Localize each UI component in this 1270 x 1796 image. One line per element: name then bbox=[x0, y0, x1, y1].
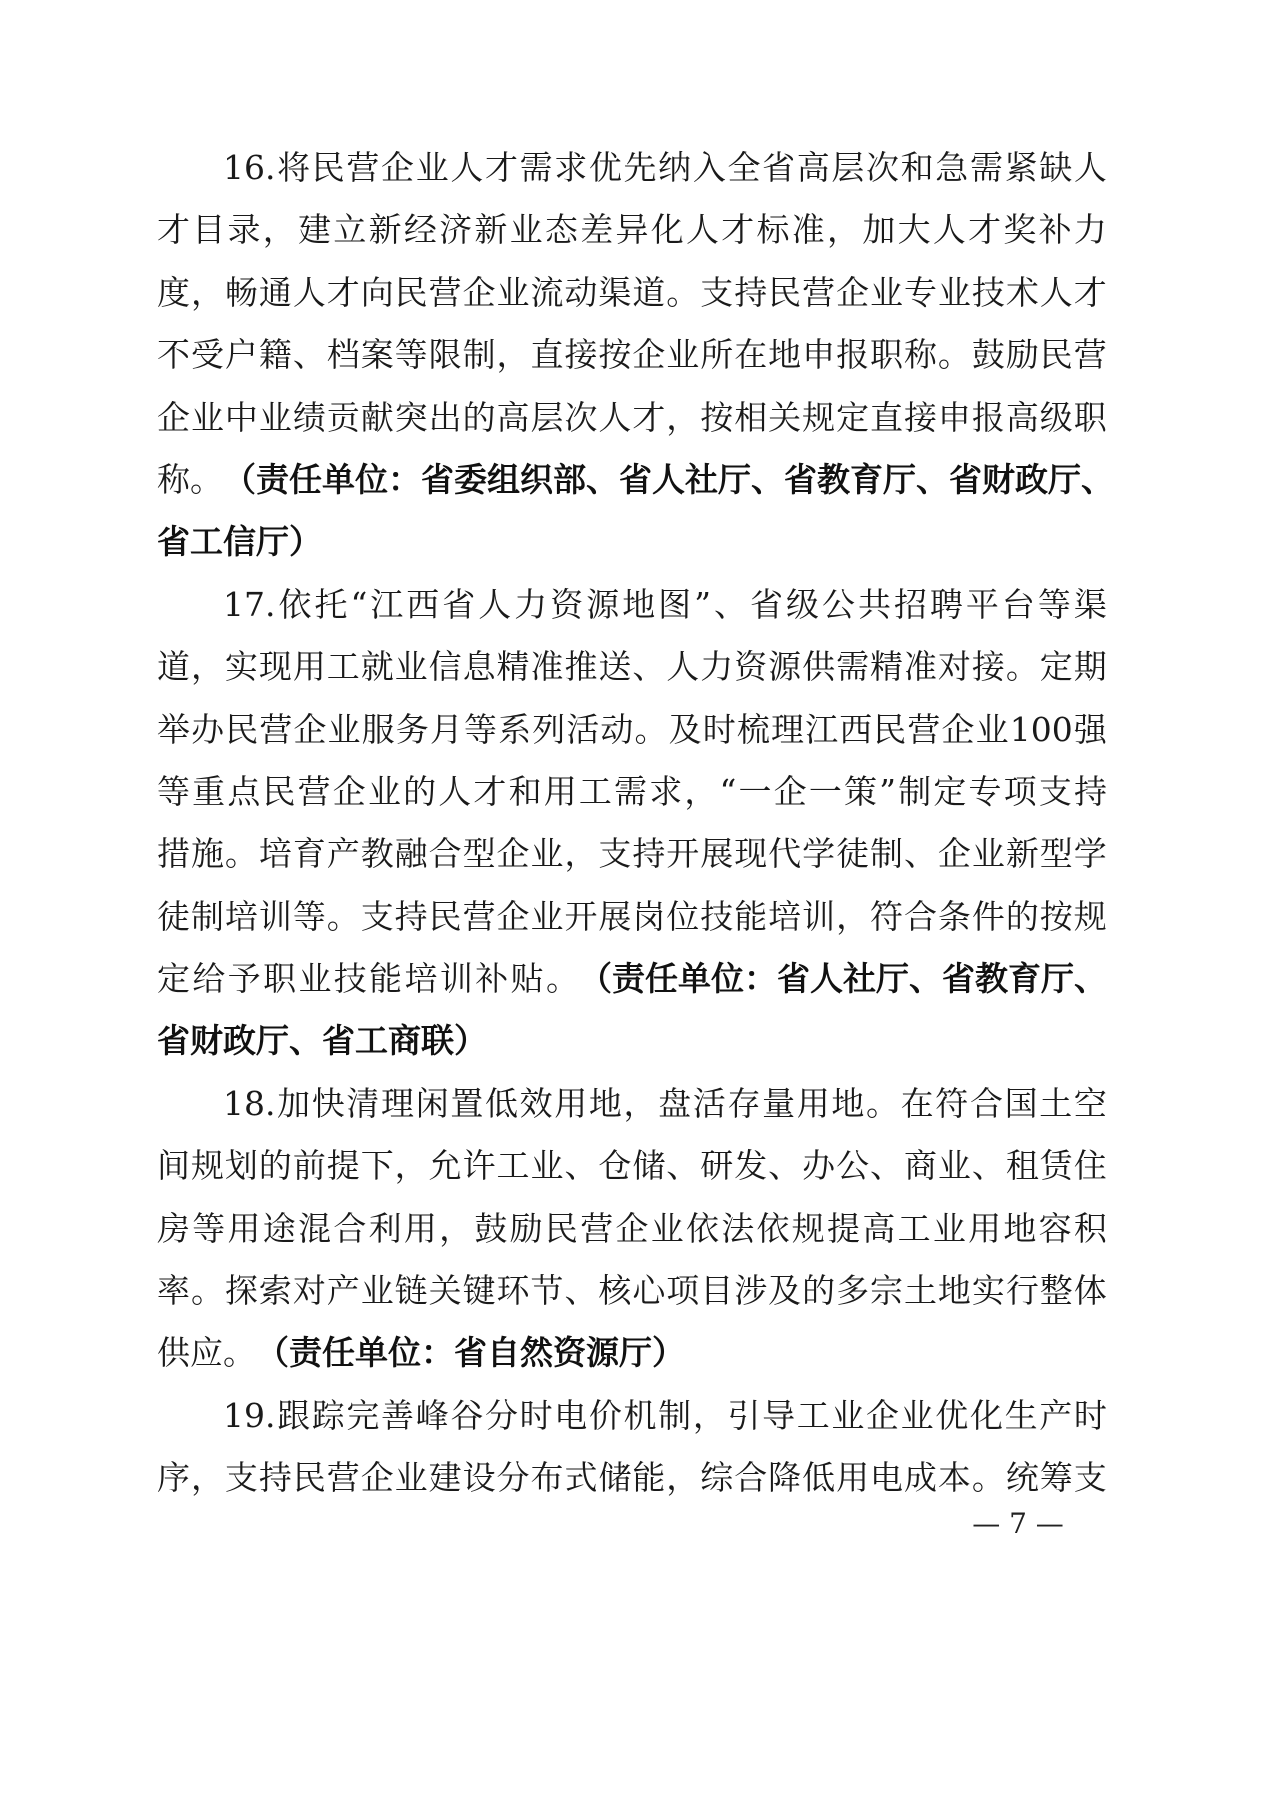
responsible-units-text: 省工信厅） bbox=[157, 522, 322, 584]
line-text: 房等用途混合利用，鼓励民营企业依法依规提高工业用地容积 bbox=[157, 1209, 1107, 1271]
line-text: 定给予职业技能培训补贴。 bbox=[157, 959, 579, 1021]
text-line: 率。探索对产业链关键环节、核心项目涉及的多宗土地实行整体 bbox=[157, 1271, 1107, 1333]
text-line: 企业中业绩贡献突出的高层次人才，按相关规定直接申报高级职 bbox=[157, 398, 1107, 460]
paragraph-17: 17.依托“江西省人力资源地图”、省级公共招聘平台等渠 道，实现用工就业信息精准… bbox=[157, 585, 1107, 1084]
paragraph-19: 19.跟踪完善峰谷分时电价机制，引导工业企业优化生产时 序，支持民营企业建设分布… bbox=[157, 1396, 1107, 1521]
line-text: 措施。培育产教融合型企业，支持开展现代学徒制、企业新型学 bbox=[157, 834, 1107, 896]
text-line: 供应。 （责任单位：省自然资源厅） bbox=[157, 1333, 1107, 1395]
text-line: 等重点民营企业的人才和用工需求，“一企一策”制定专项支持 bbox=[157, 772, 1107, 834]
text-line: 房等用途混合利用，鼓励民营企业依法依规提高工业用地容积 bbox=[157, 1209, 1107, 1271]
line-text: 企业中业绩贡献突出的高层次人才，按相关规定直接申报高级职 bbox=[157, 398, 1107, 460]
text-line: 称。 （责任单位：省委组织部、省人社厅、省教育厅、省财政厅、 bbox=[157, 460, 1107, 522]
paragraph-16: 16.将民营企业人才需求优先纳入全省高层次和急需紧缺人 才目录，建立新经济新业态… bbox=[157, 148, 1107, 585]
responsible-units-text: （责任单位：省委组织部、省人社厅、省教育厅、省财政厅、 bbox=[223, 460, 1114, 522]
line-text: 18.加快清理闲置低效用地，盘活存量用地。在符合国土空 bbox=[223, 1084, 1107, 1146]
line-text: 间规划的前提下，允许工业、仓储、研发、办公、商业、租赁住 bbox=[157, 1146, 1107, 1208]
line-text: 率。探索对产业链关键环节、核心项目涉及的多宗土地实行整体 bbox=[157, 1271, 1107, 1333]
line-text: 19.跟踪完善峰谷分时电价机制，引导工业企业优化生产时 bbox=[223, 1396, 1107, 1458]
responsible-units-text: 省财政厅、省工商联） bbox=[157, 1021, 487, 1083]
paragraph-18: 18.加快清理闲置低效用地，盘活存量用地。在符合国土空 间规划的前提下，允许工业… bbox=[157, 1084, 1107, 1396]
responsible-units-text: （责任单位：省人社厅、省教育厅、 bbox=[579, 959, 1107, 1021]
line-text: 举办民营企业服务月等系列活动。及时梳理江西民营企业100强 bbox=[157, 710, 1107, 772]
line-text: 17.依托“江西省人力资源地图”、省级公共招聘平台等渠 bbox=[223, 585, 1107, 647]
line-text: 称。 bbox=[157, 460, 223, 522]
text-line: 17.依托“江西省人力资源地图”、省级公共招聘平台等渠 bbox=[157, 585, 1107, 647]
text-line: 19.跟踪完善峰谷分时电价机制，引导工业企业优化生产时 bbox=[157, 1396, 1107, 1458]
text-line: 举办民营企业服务月等系列活动。及时梳理江西民营企业100强 bbox=[157, 710, 1107, 772]
line-text: 不受户籍、档案等限制，直接按企业所在地申报职称。鼓励民营 bbox=[157, 335, 1107, 397]
text-line: 徒制培训等。支持民营企业开展岗位技能培训，符合条件的按规 bbox=[157, 897, 1107, 959]
text-line: 16.将民营企业人才需求优先纳入全省高层次和急需紧缺人 bbox=[157, 148, 1107, 210]
line-text: 16.将民营企业人才需求优先纳入全省高层次和急需紧缺人 bbox=[223, 148, 1107, 210]
line-text: 道，实现用工就业信息精准推送、人力资源供需精准对接。定期 bbox=[157, 647, 1107, 709]
responsible-units-text: （责任单位：省自然资源厅） bbox=[256, 1333, 685, 1395]
text-line: 省工信厅） bbox=[157, 522, 1107, 584]
line-text: 供应。 bbox=[157, 1333, 256, 1395]
text-line: 定给予职业技能培训补贴。 （责任单位：省人社厅、省教育厅、 bbox=[157, 959, 1107, 1021]
page-number: — 7 — bbox=[948, 1507, 1088, 1541]
text-line: 省财政厅、省工商联） bbox=[157, 1021, 1107, 1083]
line-text: 度，畅通人才向民营企业流动渠道。支持民营企业专业技术人才 bbox=[157, 273, 1107, 335]
text-line: 度，畅通人才向民营企业流动渠道。支持民营企业专业技术人才 bbox=[157, 273, 1107, 335]
text-line: 才目录，建立新经济新业态差异化人才标准，加大人才奖补力 bbox=[157, 210, 1107, 272]
text-line: 不受户籍、档案等限制，直接按企业所在地申报职称。鼓励民营 bbox=[157, 335, 1107, 397]
text-line: 18.加快清理闲置低效用地，盘活存量用地。在符合国土空 bbox=[157, 1084, 1107, 1146]
line-text: 才目录，建立新经济新业态差异化人才标准，加大人才奖补力 bbox=[157, 210, 1107, 272]
text-line: 间规划的前提下，允许工业、仓储、研发、办公、商业、租赁住 bbox=[157, 1146, 1107, 1208]
text-line: 道，实现用工就业信息精准推送、人力资源供需精准对接。定期 bbox=[157, 647, 1107, 709]
line-text: 徒制培训等。支持民营企业开展岗位技能培训，符合条件的按规 bbox=[157, 897, 1107, 959]
document-body: 16.将民营企业人才需求优先纳入全省高层次和急需紧缺人 才目录，建立新经济新业态… bbox=[157, 148, 1107, 1521]
document-page: 16.将民营企业人才需求优先纳入全省高层次和急需紧缺人 才目录，建立新经济新业态… bbox=[0, 0, 1270, 1796]
line-text: 等重点民营企业的人才和用工需求，“一企一策”制定专项支持 bbox=[157, 772, 1107, 834]
text-line: 措施。培育产教融合型企业，支持开展现代学徒制、企业新型学 bbox=[157, 834, 1107, 896]
